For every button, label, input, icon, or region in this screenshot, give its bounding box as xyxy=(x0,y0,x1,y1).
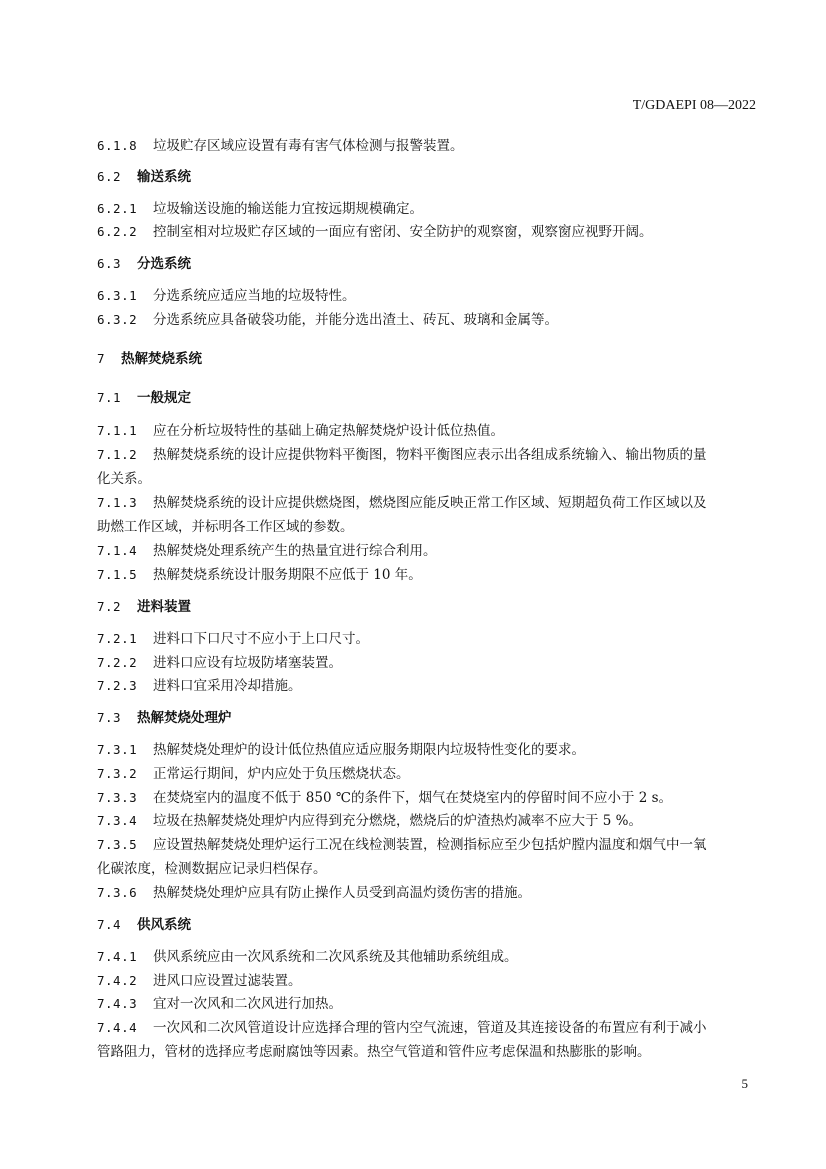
clause-number: 7.1.2 xyxy=(97,445,153,465)
clause-number: 6.2.2 xyxy=(97,222,153,242)
subsection-heading: 6.2输送系统 xyxy=(97,167,191,187)
clause-line: 6.1.8垃圾贮存区域应设置有毒有害气体检测与报警装置。 xyxy=(97,136,464,156)
clause-number: 7 xyxy=(97,349,121,369)
clause-text: 分选系统应适应当地的垃圾特性。 xyxy=(153,288,356,304)
clause-line: 7.2.3进料口宜采用冷却措施。 xyxy=(97,676,302,696)
clause-line: 7.2.1进料口下口尺寸不应小于上口尺寸。 xyxy=(97,629,369,649)
clause-line: 7.3.4垃圾在热解焚烧处理炉内应得到充分燃烧，燃烧后的炉渣热灼减率不应大于 5… xyxy=(97,811,642,831)
clause-line: 7.3.1热解焚烧处理炉的设计低位热值应适应服务期限内垃圾特性变化的要求。 xyxy=(97,740,585,760)
clause-number: 7.1.3 xyxy=(97,493,153,513)
clause-number: 7.4 xyxy=(97,915,137,935)
clause-text: 热解焚烧处理炉应具有防止操作人员受到高温灼烫伤害的措施。 xyxy=(153,885,531,901)
clause-number: 6.3.1 xyxy=(97,286,153,306)
standard-code-header: T/GDAEPI 08—2022 xyxy=(633,98,756,114)
clause-text: 管路阻力，管材的选择应考虑耐腐蚀等因素。热空气管道和管件应考虑保温和热膨胀的影响… xyxy=(97,1044,651,1060)
clause-text: 供风系统应由一次风系统和二次风系统及其他辅助系统组成。 xyxy=(153,949,518,965)
clause-text: 输送系统 xyxy=(137,169,191,185)
subsection-heading: 7.1一般规定 xyxy=(97,388,191,408)
clause-line: 7.1.4热解焚烧处理系统产生的热量宜进行综合利用。 xyxy=(97,541,437,561)
clause-number: 7.3.2 xyxy=(97,764,153,784)
clause-text: 化碳浓度，检测数据应记录归档保存。 xyxy=(97,861,327,877)
clause-text: 化关系。 xyxy=(97,471,151,487)
subsection-heading: 7.4供风系统 xyxy=(97,915,191,935)
continuation-line: 助燃工作区域，并标明各工作区域的参数。 xyxy=(97,517,354,537)
clause-text: 控制室相对垃圾贮存区域的一面应有密闭、安全防护的观察窗，观察窗应视野开阔。 xyxy=(153,224,653,240)
clause-text: 一般规定 xyxy=(137,390,191,406)
clause-line: 6.3.2分选系统应具备破袋功能，并能分选出渣土、砖瓦、玻璃和金属等。 xyxy=(97,310,558,330)
clause-line: 7.3.5应设置热解焚烧处理炉运行工况在线检测装置，检测指标应至少包括炉膛内温度… xyxy=(97,835,707,855)
clause-line: 7.4.4一次风和二次风管道设计应选择合理的管内空气流速，管道及其连接设备的布置… xyxy=(97,1018,707,1038)
clause-line: 7.1.3热解焚烧系统的设计应提供燃烧图，燃烧图应能反映正常工作区域、短期超负荷… xyxy=(97,493,707,513)
clause-number: 6.1.8 xyxy=(97,136,153,156)
clause-line: 7.1.5热解焚烧系统设计服务期限不应低于 10 年。 xyxy=(97,565,422,585)
clause-number: 7.3.6 xyxy=(97,883,153,903)
subsection-heading: 6.3分选系统 xyxy=(97,254,191,274)
clause-line: 7.4.1供风系统应由一次风系统和二次风系统及其他辅助系统组成。 xyxy=(97,947,518,967)
clause-line: 6.3.1分选系统应适应当地的垃圾特性。 xyxy=(97,286,356,306)
clause-text: 供风系统 xyxy=(137,917,191,933)
clause-number: 7.2.2 xyxy=(97,653,153,673)
clause-number: 6.3 xyxy=(97,254,137,274)
clause-text: 热解焚烧处理系统产生的热量宜进行综合利用。 xyxy=(153,543,437,559)
clause-number: 7.4.2 xyxy=(97,971,153,991)
clause-text: 热解焚烧处理炉 xyxy=(137,710,232,726)
continuation-line: 化碳浓度，检测数据应记录归档保存。 xyxy=(97,859,327,879)
clause-text: 进料口下口尺寸不应小于上口尺寸。 xyxy=(153,631,369,647)
clause-text: 垃圾在热解焚烧处理炉内应得到充分燃烧，燃烧后的炉渣热灼减率不应大于 5 %。 xyxy=(153,813,642,829)
clause-line: 7.1.2热解焚烧系统的设计应提供物料平衡图，物料平衡图应表示出各组成系统输入、… xyxy=(97,445,707,465)
clause-number: 6.3.2 xyxy=(97,310,153,330)
clause-text: 热解焚烧系统的设计应提供燃烧图，燃烧图应能反映正常工作区域、短期超负荷工作区域以… xyxy=(153,495,707,511)
clause-number: 7.2.3 xyxy=(97,676,153,696)
clause-text: 正常运行期间，炉内应处于负压燃烧状态。 xyxy=(153,766,410,782)
clause-text: 应设置热解焚烧处理炉运行工况在线检测装置，检测指标应至少包括炉膛内温度和烟气中一… xyxy=(153,837,707,853)
clause-line: 7.3.6热解焚烧处理炉应具有防止操作人员受到高温灼烫伤害的措施。 xyxy=(97,883,531,903)
clause-number: 7.2.1 xyxy=(97,629,153,649)
clause-number: 7.3.4 xyxy=(97,811,153,831)
clause-number: 7.4.3 xyxy=(97,994,153,1014)
clause-number: 6.2 xyxy=(97,167,137,187)
clause-text: 热解焚烧系统 xyxy=(121,351,202,367)
clause-number: 7.1.1 xyxy=(97,421,153,441)
section-heading: 7热解焚烧系统 xyxy=(97,349,202,369)
clause-text: 垃圾贮存区域应设置有毒有害气体检测与报警装置。 xyxy=(153,138,464,154)
clause-text: 一次风和二次风管道设计应选择合理的管内空气流速，管道及其连接设备的布置应有利于减… xyxy=(153,1020,707,1036)
clause-line: 7.2.2进料口应设有垃圾防堵塞装置。 xyxy=(97,653,342,673)
clause-text: 进料装置 xyxy=(137,599,191,615)
clause-text: 垃圾输送设施的输送能力宜按远期规模确定。 xyxy=(153,201,423,217)
clause-line: 6.2.2控制室相对垃圾贮存区域的一面应有密闭、安全防护的观察窗，观察窗应视野开… xyxy=(97,222,653,242)
clause-line: 7.1.1应在分析垃圾特性的基础上确定热解焚烧炉设计低位热值。 xyxy=(97,421,504,441)
clause-text: 进风口应设置过滤装置。 xyxy=(153,973,302,989)
page-number: 5 xyxy=(742,1076,749,1092)
clause-text: 热解焚烧处理炉的设计低位热值应适应服务期限内垃圾特性变化的要求。 xyxy=(153,742,585,758)
clause-number: 7.2 xyxy=(97,597,137,617)
clause-line: 7.3.3在焚烧室内的温度不低于 850 ℃的条件下，烟气在焚烧室内的停留时间不… xyxy=(97,788,672,808)
clause-number: 6.2.1 xyxy=(97,199,153,219)
clause-number: 7.1 xyxy=(97,388,137,408)
clause-text: 分选系统应具备破袋功能，并能分选出渣土、砖瓦、玻璃和金属等。 xyxy=(153,312,558,328)
clause-line: 7.4.3宜对一次风和二次风进行加热。 xyxy=(97,994,342,1014)
clause-text: 应在分析垃圾特性的基础上确定热解焚烧炉设计低位热值。 xyxy=(153,423,504,439)
clause-text: 助燃工作区域，并标明各工作区域的参数。 xyxy=(97,519,354,535)
clause-number: 7.1.4 xyxy=(97,541,153,561)
clause-number: 7.3.3 xyxy=(97,788,153,808)
clause-number: 7.1.5 xyxy=(97,565,153,585)
clause-text: 在焚烧室内的温度不低于 850 ℃的条件下，烟气在焚烧室内的停留时间不应小于 2… xyxy=(153,790,672,806)
clause-text: 进料口宜采用冷却措施。 xyxy=(153,678,302,694)
clause-number: 7.3.1 xyxy=(97,740,153,760)
subsection-heading: 7.2进料装置 xyxy=(97,597,191,617)
clause-text: 分选系统 xyxy=(137,256,191,272)
clause-line: 7.3.2正常运行期间，炉内应处于负压燃烧状态。 xyxy=(97,764,410,784)
clause-line: 6.2.1垃圾输送设施的输送能力宜按远期规模确定。 xyxy=(97,199,423,219)
clause-number: 7.3.5 xyxy=(97,835,153,855)
clause-number: 7.4.4 xyxy=(97,1018,153,1038)
continuation-line: 管路阻力，管材的选择应考虑耐腐蚀等因素。热空气管道和管件应考虑保温和热膨胀的影响… xyxy=(97,1042,651,1062)
clause-text: 进料口应设有垃圾防堵塞装置。 xyxy=(153,655,342,671)
clause-line: 7.4.2进风口应设置过滤装置。 xyxy=(97,971,302,991)
continuation-line: 化关系。 xyxy=(97,469,151,489)
clause-number: 7.3 xyxy=(97,708,137,728)
clause-text: 宜对一次风和二次风进行加热。 xyxy=(153,996,342,1012)
clause-text: 热解焚烧系统设计服务期限不应低于 10 年。 xyxy=(153,567,422,583)
clause-number: 7.4.1 xyxy=(97,947,153,967)
subsection-heading: 7.3热解焚烧处理炉 xyxy=(97,708,232,728)
clause-text: 热解焚烧系统的设计应提供物料平衡图，物料平衡图应表示出各组成系统输入、输出物质的… xyxy=(153,447,707,463)
